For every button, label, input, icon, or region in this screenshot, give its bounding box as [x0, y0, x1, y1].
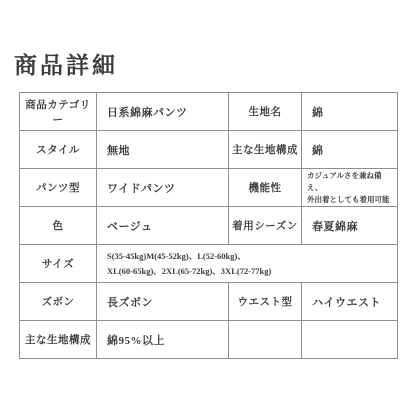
row-label: ズボン	[20, 283, 97, 321]
table-row-trousers: ズボン 長ズボン ウエスト型 ハイウエスト	[20, 283, 398, 321]
row-value: 春夏綿麻	[302, 207, 398, 245]
row-label: 色	[20, 207, 97, 245]
row-label: 商品カテゴリー	[20, 93, 97, 131]
row-value: 綿	[302, 93, 398, 131]
row-value: 綿95%以上	[97, 321, 229, 359]
table-row-fabric-composition: 主な生地構成 綿95%以上	[20, 321, 398, 359]
table-row-color: 色 ベージュ 着用シーズン 春夏綿麻	[20, 207, 398, 245]
product-detail-table: 商品カテゴリー 日系綿麻パンツ 生地名 綿 スタイル 無地 主な生地構成 綿 パ…	[19, 92, 398, 359]
table-row-style: スタイル 無地 主な生地構成 綿	[20, 131, 398, 169]
table-row-category: 商品カテゴリー 日系綿麻パンツ 生地名 綿	[20, 93, 398, 131]
row-label: 生地名	[229, 93, 302, 131]
row-label: 着用シーズン	[229, 207, 302, 245]
row-label: サイズ	[20, 245, 97, 283]
row-value-empty	[302, 321, 398, 359]
row-label: パンツ型	[20, 169, 97, 207]
row-value: S(35-45kg)M(45-52kg)、L(52-60kg)、 XL(60-6…	[97, 245, 398, 283]
row-value: 綿	[302, 131, 398, 169]
row-value: 無地	[97, 131, 229, 169]
row-value: 長ズボン	[97, 283, 229, 321]
table-row-pants-type: パンツ型 ワイドパンツ 機能性 カジュアルさを兼ね備え、 外出着としても着用可能	[20, 169, 398, 207]
row-value: ハイウエスト	[302, 283, 398, 321]
product-detail-page: 商品詳細 商品カテゴリー 日系綿麻パンツ 生地名 綿 スタイル 無地 主な生地構…	[0, 0, 416, 359]
row-label-empty	[229, 321, 302, 359]
row-value: ベージュ	[97, 207, 229, 245]
row-value: ワイドパンツ	[97, 169, 229, 207]
table-row-size: サイズ S(35-45kg)M(45-52kg)、L(52-60kg)、 XL(…	[20, 245, 398, 283]
row-label: ウエスト型	[229, 283, 302, 321]
row-label: 機能性	[229, 169, 302, 207]
row-label: スタイル	[20, 131, 97, 169]
row-label: 主な生地構成	[229, 131, 302, 169]
row-value: 日系綿麻パンツ	[97, 93, 229, 131]
page-title: 商品詳細	[14, 54, 416, 77]
row-label: 主な生地構成	[20, 321, 97, 359]
row-value: カジュアルさを兼ね備え、 外出着としても着用可能	[302, 169, 398, 207]
